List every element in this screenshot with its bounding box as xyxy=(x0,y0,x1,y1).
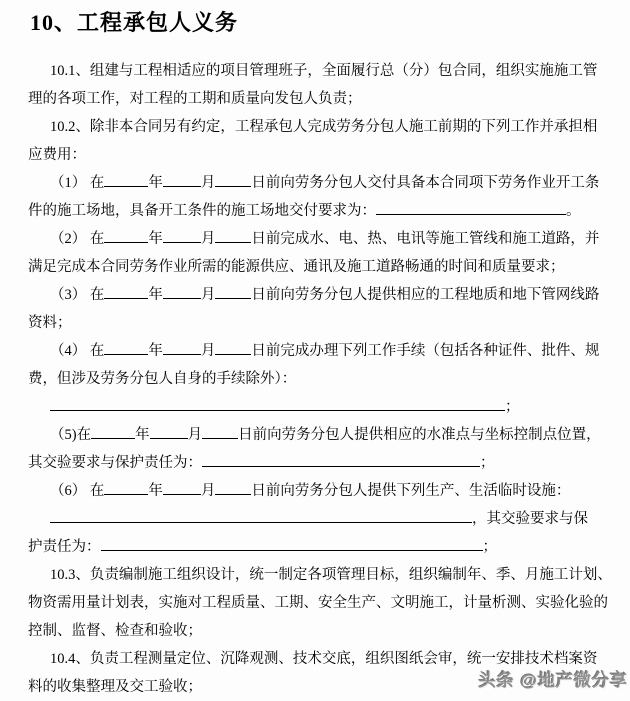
document-line: 控制、监督、检查和验收； xyxy=(28,617,614,645)
line-text: 物资需用量计划表，实施对工程质量、工期、安全生产、文明施工，计量析测、实验化验的 xyxy=(28,595,608,611)
document-page: 10、工程承包人义务 10.1、组建与工程相适应的项目管理班子，全面履行总（分）… xyxy=(0,0,630,701)
blank-field xyxy=(163,478,201,495)
document-line: ，其交验要求与保 xyxy=(28,505,614,533)
document-line: （5)在年月日前向劳务分包人提供相应的水准点与坐标控制点位置， xyxy=(28,421,614,449)
document-line: 10.1、组建与工程相适应的项目管理班子，全面履行总（分）包合同，组织实施施工管 xyxy=(28,57,614,85)
document-line: 10.2、除非本合同另有约定，工程承包人完成劳务分包人施工前期的下列工作并承担相 xyxy=(28,113,614,141)
line-text: 年 xyxy=(148,483,163,499)
line-text: 件的施工场地，具备开工条件的施工场地交付要求为： xyxy=(28,203,376,219)
blank-field xyxy=(104,338,148,355)
blank-field xyxy=(215,478,251,495)
document-line: 10.3、负责编制施工组织设计，统一制定各项管理目标，组织编制年、季、月施工计划… xyxy=(28,561,614,589)
document-body: 10.1、组建与工程相适应的项目管理班子，全面履行总（分）包合同，组织实施施工管… xyxy=(28,57,614,701)
line-text: 年 xyxy=(148,287,163,303)
document-line: 理的各项工作，对工程的工期和质量向发包人负责； xyxy=(28,85,614,113)
line-text: 10.3、负责编制施工组织设计，统一制定各项管理目标，组织编制年、季、月施工计划… xyxy=(50,567,612,583)
line-text: ； xyxy=(483,539,498,555)
blank-field xyxy=(101,534,483,551)
line-text: 年 xyxy=(148,343,163,359)
line-text: 料的收集整理及交工验收； xyxy=(28,679,202,695)
page-title: 10、工程承包人义务 xyxy=(30,6,238,37)
blank-field xyxy=(202,450,480,467)
blank-field xyxy=(163,226,201,243)
line-text: 年 xyxy=(148,175,163,191)
document-line: 其交验要求与保护责任为：； xyxy=(28,449,614,477)
blank-field xyxy=(163,338,201,355)
line-text: 护责任为： xyxy=(28,539,101,555)
blank-field xyxy=(104,478,148,495)
line-text: （5)在 xyxy=(50,427,91,443)
line-text: 10.2、除非本合同另有约定，工程承包人完成劳务分包人施工前期的下列工作并承担相 xyxy=(50,119,597,135)
document-line: （3） 在年月日前向劳务分包人提供相应的工程地质和地下管网线路 xyxy=(28,281,614,309)
blank-field xyxy=(202,422,238,439)
line-text: 年 xyxy=(148,231,163,247)
line-text: 日前完成办理下列工作手续（包括各种证件、批件、规 xyxy=(251,343,599,359)
line-text: 月 xyxy=(201,343,216,359)
document-line: （2） 在年月日前完成水、电、热、电讯等施工管线和施工道路，并 xyxy=(28,225,614,253)
line-text: 月 xyxy=(201,483,216,499)
line-text: 控制、监督、检查和验收； xyxy=(28,623,202,639)
line-text: 理的各项工作，对工程的工期和质量向发包人负责； xyxy=(28,91,362,107)
line-text: 月 xyxy=(201,175,216,191)
blank-field xyxy=(163,170,201,187)
line-text: 月 xyxy=(201,287,216,303)
document-line: 件的施工场地，具备开工条件的施工场地交付要求为：。 xyxy=(28,197,614,225)
blank-field xyxy=(215,226,251,243)
line-text: 资料； xyxy=(28,315,72,331)
blank-field xyxy=(104,170,148,187)
line-text: 10.4、负责工程测量定位、沉降观测、技术交底，组织图纸会审，统一安排技术档案资 xyxy=(50,651,597,667)
document-line: （4） 在年月日前完成办理下列工作手续（包括各种证件、批件、规 xyxy=(28,337,614,365)
blank-field xyxy=(104,226,148,243)
blank-field xyxy=(376,198,566,215)
line-text: 。 xyxy=(566,203,581,219)
line-text: 日前向劳务分包人提供相应的水准点与坐标控制点位置， xyxy=(238,427,601,443)
document-line: 护责任为：； xyxy=(28,533,614,561)
line-text: （2） 在 xyxy=(50,231,104,247)
line-text: （1） 在 xyxy=(50,175,104,191)
line-text: ； xyxy=(480,455,495,471)
line-text: 月 xyxy=(188,427,203,443)
line-text: 年 xyxy=(135,427,150,443)
line-text: （6） 在 xyxy=(50,483,104,499)
line-text: 应费用： xyxy=(28,147,86,163)
line-text: 日前完成水、电、热、电讯等施工管线和施工道路，并 xyxy=(251,231,599,247)
blank-field xyxy=(215,338,251,355)
line-text: 费，但涉及劳务分包人自身的手续除外）： xyxy=(28,371,296,387)
document-line: （1） 在年月日前向劳务分包人交付具备本合同项下劳务作业开工条 xyxy=(28,169,614,197)
line-text: 月 xyxy=(201,231,216,247)
watermark: 头条 @地产微分享 xyxy=(479,666,628,691)
document-line: 资料； xyxy=(28,309,614,337)
line-text: 日前向劳务分包人提供下列生产、生活临时设施： xyxy=(251,483,570,499)
line-text: （3） 在 xyxy=(50,287,104,303)
line-text: （4） 在 xyxy=(50,343,104,359)
blank-field xyxy=(215,170,251,187)
document-line: 满足完成本合同劳务作业所需的能源供应、通讯及施工道路畅通的时间和质量要求； xyxy=(28,253,614,281)
blank-field xyxy=(163,282,201,299)
line-text: 日前向劳务分包人交付具备本合同项下劳务作业开工条 xyxy=(251,175,599,191)
blank-field xyxy=(215,282,251,299)
blank-field xyxy=(104,282,148,299)
blank-field xyxy=(91,422,135,439)
document-line: （6） 在年月日前向劳务分包人提供下列生产、生活临时设施： xyxy=(28,477,614,505)
document-line: ； xyxy=(28,393,614,421)
document-line: 应费用： xyxy=(28,141,614,169)
document-line: 费，但涉及劳务分包人自身的手续除外）： xyxy=(28,365,614,393)
blank-field xyxy=(50,506,472,523)
line-text: 10.1、组建与工程相适应的项目管理班子，全面履行总（分）包合同，组织实施施工管 xyxy=(50,63,597,79)
blank-field xyxy=(150,422,188,439)
document-line: 物资需用量计划表，实施对工程质量、工期、安全生产、文明施工，计量析测、实验化验的 xyxy=(28,589,614,617)
line-text: 日前向劳务分包人提供相应的工程地质和地下管网线路 xyxy=(251,287,599,303)
line-text: 满足完成本合同劳务作业所需的能源供应、通讯及施工道路畅通的时间和质量要求； xyxy=(28,259,565,275)
line-text: ，其交验要求与保 xyxy=(472,511,588,527)
blank-field xyxy=(50,394,505,411)
line-text: 其交验要求与保护责任为： xyxy=(28,455,202,471)
line-text: ； xyxy=(505,399,520,415)
